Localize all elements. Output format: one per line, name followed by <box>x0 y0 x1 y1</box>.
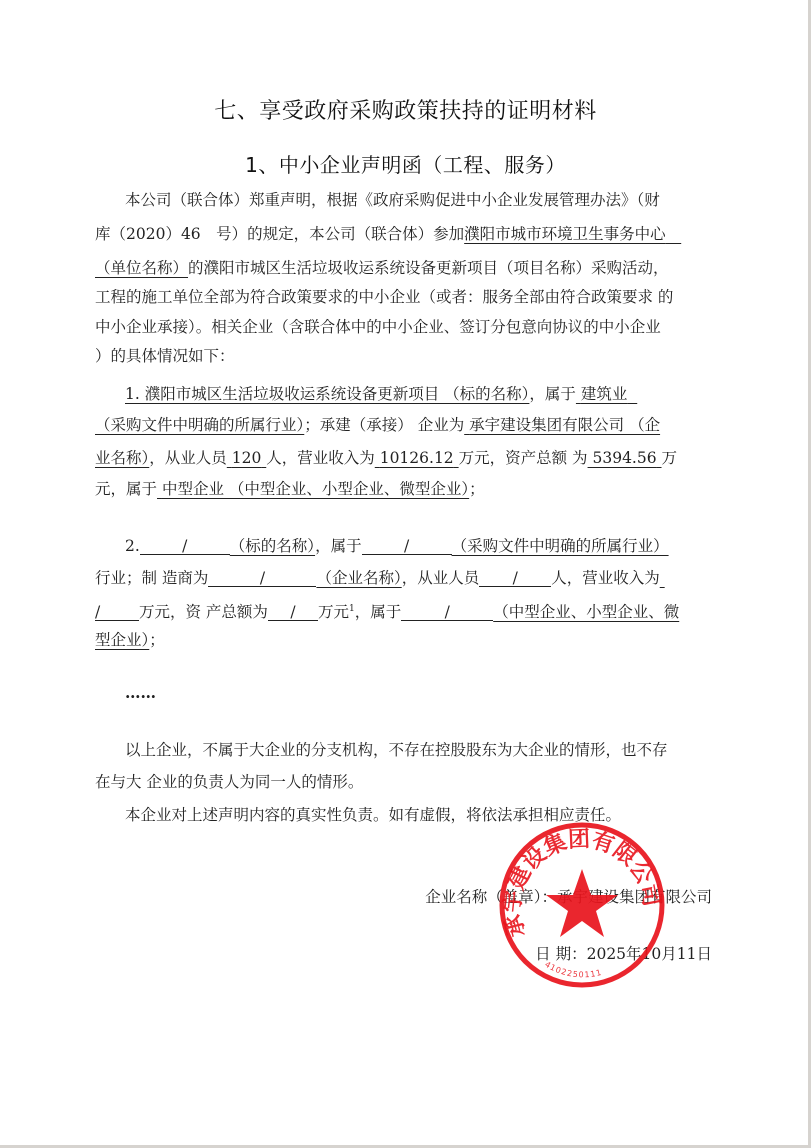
item2-line-1: 2./（标的名称），属于/（采购文件中明确的所属行业） <box>95 535 745 557</box>
signature-date: 日 期：2025年10月11日 <box>95 943 712 965</box>
intro-line-1: 本公司（联合体）郑重声明，根据《政府采购促进中小企业发展管理办法》（财 <box>95 189 745 211</box>
item1-revenue: 10126.12 <box>380 449 454 467</box>
item1-assets: 5394.56 <box>592 449 656 467</box>
item1-industry: 建筑业 <box>581 385 628 403</box>
intro-line-6: ）的具体情况如下： <box>95 345 715 367</box>
item1-line-3: 业名称），从业人员 120 人，营业收入为 10126.12 万元，资产总额 为… <box>95 447 715 469</box>
item2-size-blank: / <box>401 602 493 621</box>
item1-enterprise-size: 中型企业 （中型企业、小型企业、微型企业） <box>162 480 469 498</box>
item2-name-blank: / <box>140 536 230 555</box>
item2-line-4: 型企业）； <box>95 629 715 651</box>
closing-line-1: 以上企业，不属于大企业的分支机构，不存在控股股东为大企业的情形，也不存 <box>95 739 745 761</box>
ellipsis: …… <box>95 682 745 704</box>
item2-industry-blank: / <box>362 536 452 555</box>
intro-line-5: 中小企业承接）。相关企业（含联合体中的中小企业、签订分包意向协议的中小企业 <box>95 316 715 338</box>
signature-company: 企业名称（盖章）：承宇建设集团有限公司 <box>95 886 712 908</box>
item2-revenue-blank: / <box>95 602 139 621</box>
document-page: 七、享受政府采购政策扶持的证明材料 1、中小企业声明函（工程、服务） 本公司（联… <box>0 0 811 1148</box>
page-title: 七、享受政府采购政策扶持的证明材料 <box>0 94 811 125</box>
item1-line-4: 元，属于 中型企业 （中型企业、小型企业、微型企业）； <box>95 478 715 500</box>
item1-project-name: 1. 濮阳市城区生活垃圾收运系统设备更新项目 （标的名称） <box>125 385 529 403</box>
item2-employees-blank: / <box>479 568 551 587</box>
item1-employees: 120 <box>232 449 262 467</box>
intro-line-4: 工程的施工单位全部为符合政策要求的中小企业（或者：服务全部由符合政策要求 的 <box>95 286 715 308</box>
item1-line-1: 1. 濮阳市城区生活垃圾收运系统设备更新项目 （标的名称），属于 建筑业 <box>95 383 745 405</box>
item2-assets-blank: / <box>268 602 318 621</box>
intro-line-2: 库（2020）46 号）的规定，本公司（联合体）参加濮阳市城市环境卫生事务中心 <box>95 223 715 245</box>
section-subtitle: 1、中小企业声明函（工程、服务） <box>0 149 811 178</box>
item2-line-3: /万元，资 产总额为/万元1，属于/（中型企业、小型企业、微 <box>95 598 715 623</box>
item2-manufacturer-blank: / <box>208 568 316 587</box>
closing-line-3: 本企业对上述声明内容的真实性负责。如有虚假，将依法承担相应责任。 <box>95 804 745 826</box>
svg-text:承宇建设集团有限公司: 承宇建设集团有限公司 <box>500 827 663 939</box>
unit-name-value: 濮阳市城市环境卫生事务中心 <box>464 225 666 243</box>
item1-company-name: 承宇建设集团有限公司 （企 <box>469 416 660 434</box>
intro-line-3: （单位名称）的濮阳市城区生活垃圾收运系统设备更新项目（项目名称）采购活动， <box>95 257 715 279</box>
item1-line-2: （采购文件中明确的所属行业）；承建（承接） 企业为 承宇建设集团有限公司 （企 <box>95 414 715 436</box>
item2-line-2: 行业；制 造商为/（企业名称），从业人员/人，营业收入为 <box>95 567 715 589</box>
closing-line-2: 在与大 企业的负责人为同一人的情形。 <box>95 771 715 793</box>
